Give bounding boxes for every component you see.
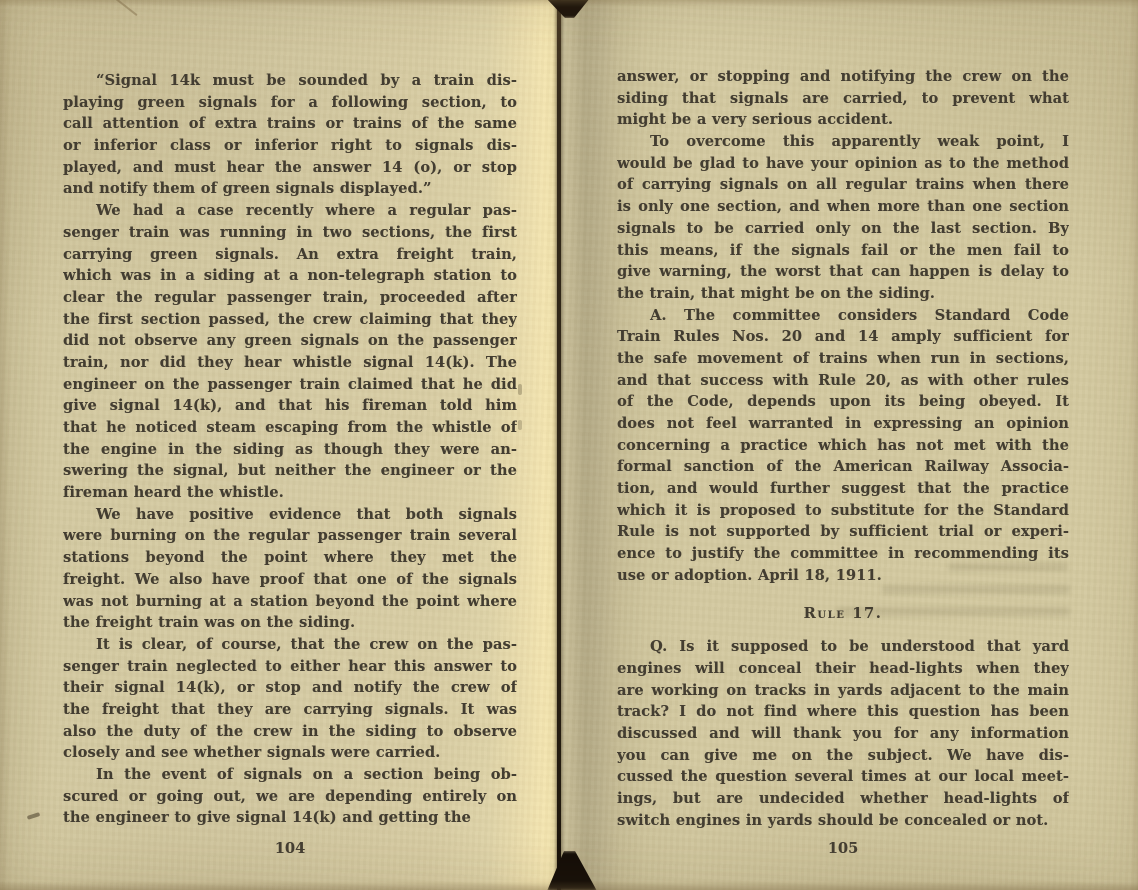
paper-speck bbox=[518, 420, 522, 430]
text-line: swering the signal, but neither the engi… bbox=[63, 460, 517, 482]
text-line: carrying green signals. An extra freight… bbox=[63, 244, 517, 266]
text-line: ence to justify the committee in recomme… bbox=[617, 543, 1069, 565]
text-line: you can give me on the subject. We have … bbox=[617, 745, 1069, 767]
page-right-text: answer, or stopping and notifying the cr… bbox=[617, 66, 1069, 831]
paragraph: We had a case recently where a regular p… bbox=[63, 200, 517, 504]
text-line: discussed and will thank you for any inf… bbox=[617, 723, 1069, 745]
text-line: does not feel warranted in expressing an… bbox=[617, 413, 1069, 435]
text-line: switch engines in yards should be concea… bbox=[617, 810, 1069, 832]
text-line: the freight train was on the siding. bbox=[63, 612, 517, 634]
book-spread: “Signal 14k must be sounded by a train d… bbox=[0, 0, 1138, 890]
text-line: We had a case recently where a regular p… bbox=[63, 200, 517, 222]
text-line: A. The committee considers Standard Code bbox=[617, 305, 1069, 327]
text-line: their signal 14(k), or stop and notify t… bbox=[63, 677, 517, 699]
page-left-text: “Signal 14k must be sounded by a train d… bbox=[63, 70, 517, 829]
paper-speck bbox=[518, 384, 522, 395]
text-line: signals to be carried only on the last s… bbox=[617, 218, 1069, 240]
text-line: are working on tracks in yards adjacent … bbox=[617, 680, 1069, 702]
text-line: cussed the question several times at our… bbox=[617, 766, 1069, 788]
text-line: were burning on the regular passenger tr… bbox=[63, 525, 517, 547]
text-line: To overcome this apparently weak point, … bbox=[617, 131, 1069, 153]
text-line: Q. Is it supposed to be understood that … bbox=[617, 636, 1069, 658]
text-line: siding that signals are carried, to prev… bbox=[617, 88, 1069, 110]
text-line: played, and must hear the answer 14 (o),… bbox=[63, 157, 517, 179]
text-line: Train Rules Nos. 20 and 14 amply suffici… bbox=[617, 326, 1069, 348]
text-line: would be glad to have your opinion as to… bbox=[617, 153, 1069, 175]
text-line: and notify them of green signals display… bbox=[63, 178, 517, 200]
book-gutter bbox=[557, 0, 561, 890]
text-line: which it is proposed to substitute for t… bbox=[617, 500, 1069, 522]
text-line: which was in a siding at a non-telegraph… bbox=[63, 265, 517, 287]
text-line: this means, if the signals fail or the m… bbox=[617, 240, 1069, 262]
text-line: closely and see whether signals were car… bbox=[63, 742, 517, 764]
text-line: the train, that might be on the siding. bbox=[617, 283, 1069, 305]
text-line: is only one section, and when more than … bbox=[617, 196, 1069, 218]
text-line: engines will conceal their head-lights w… bbox=[617, 658, 1069, 680]
text-line: train, nor did they hear whistle signal … bbox=[63, 352, 517, 374]
text-line: ings, but are undecided whether head-lig… bbox=[617, 788, 1069, 810]
text-line: “Signal 14k must be sounded by a train d… bbox=[63, 70, 517, 92]
text-line: stations beyond the point where they met… bbox=[63, 547, 517, 569]
text-line: In the event of signals on a section bei… bbox=[63, 764, 517, 786]
text-line: give warning, the worst that can happen … bbox=[617, 261, 1069, 283]
text-line: that he noticed steam escaping from the … bbox=[63, 417, 517, 439]
paragraph: To overcome this apparently weak point, … bbox=[617, 131, 1069, 305]
text-line: and that success with Rule 20, as with o… bbox=[617, 370, 1069, 392]
text-line: playing green signals for a following se… bbox=[63, 92, 517, 114]
text-line: the freight that they are carrying signa… bbox=[63, 699, 517, 721]
text-line: of the Code, depends upon its being obey… bbox=[617, 391, 1069, 413]
text-line: senger train neglected to either hear th… bbox=[63, 656, 517, 678]
text-line: the engine in the siding as though they … bbox=[63, 439, 517, 461]
text-line: freight. We also have proof that one of … bbox=[63, 569, 517, 591]
paragraph: Q. Is it supposed to be understood that … bbox=[617, 636, 1069, 831]
text-line: the first section passed, the crew claim… bbox=[63, 309, 517, 331]
paragraph: “Signal 14k must be sounded by a train d… bbox=[63, 70, 517, 200]
text-line: engineer on the passenger train claimed … bbox=[63, 374, 517, 396]
text-line: was not burning at a station beyond the … bbox=[63, 591, 517, 613]
text-line: did not observe any green signals on the… bbox=[63, 330, 517, 352]
paragraph: It is clear, of course, that the crew on… bbox=[63, 634, 517, 764]
paragraph: In the event of signals on a section bei… bbox=[63, 764, 517, 829]
text-line: scured or going out, we are depending en… bbox=[63, 786, 517, 808]
paragraph: We have positive evidence that both sign… bbox=[63, 504, 517, 634]
text-line: give signal 14(k), and that his fireman … bbox=[63, 395, 517, 417]
text-line: might be a very serious accident. bbox=[617, 109, 1069, 131]
text-line: It is clear, of course, that the crew on… bbox=[63, 634, 517, 656]
text-line: track? I do not find where this question… bbox=[617, 701, 1069, 723]
text-line: also the duty of the crew in the siding … bbox=[63, 721, 517, 743]
text-line: the safe movement of trains when run in … bbox=[617, 348, 1069, 370]
text-line: of carrying signals on all regular train… bbox=[617, 174, 1069, 196]
text-line: clear the regular passenger train, proce… bbox=[63, 287, 517, 309]
text-line: Rule is not supported by sufficient tria… bbox=[617, 521, 1069, 543]
text-line: concerning a practice which has not met … bbox=[617, 435, 1069, 457]
page-number-right: 105 bbox=[617, 838, 1069, 860]
text-line: formal sanction of the American Railway … bbox=[617, 456, 1069, 478]
text-line: fireman heard the whistle. bbox=[63, 482, 517, 504]
text-line: tion, and would further suggest that the… bbox=[617, 478, 1069, 500]
section-heading: Rule 17. bbox=[617, 603, 1069, 625]
text-line: senger train was running in two sections… bbox=[63, 222, 517, 244]
text-line: use or adoption. April 18, 1911. bbox=[617, 565, 1069, 587]
page-number-left: 104 bbox=[63, 838, 517, 860]
text-line: call attention of extra trains or trains… bbox=[63, 113, 517, 135]
text-line: We have positive evidence that both sign… bbox=[63, 504, 517, 526]
paragraph: A. The committee considers Standard Code… bbox=[617, 305, 1069, 587]
text-line: or inferior class or inferior right to s… bbox=[63, 135, 517, 157]
text-line: answer, or stopping and notifying the cr… bbox=[617, 66, 1069, 88]
paragraph: answer, or stopping and notifying the cr… bbox=[617, 66, 1069, 131]
text-line: the engineer to give signal 14(k) and ge… bbox=[63, 807, 517, 829]
